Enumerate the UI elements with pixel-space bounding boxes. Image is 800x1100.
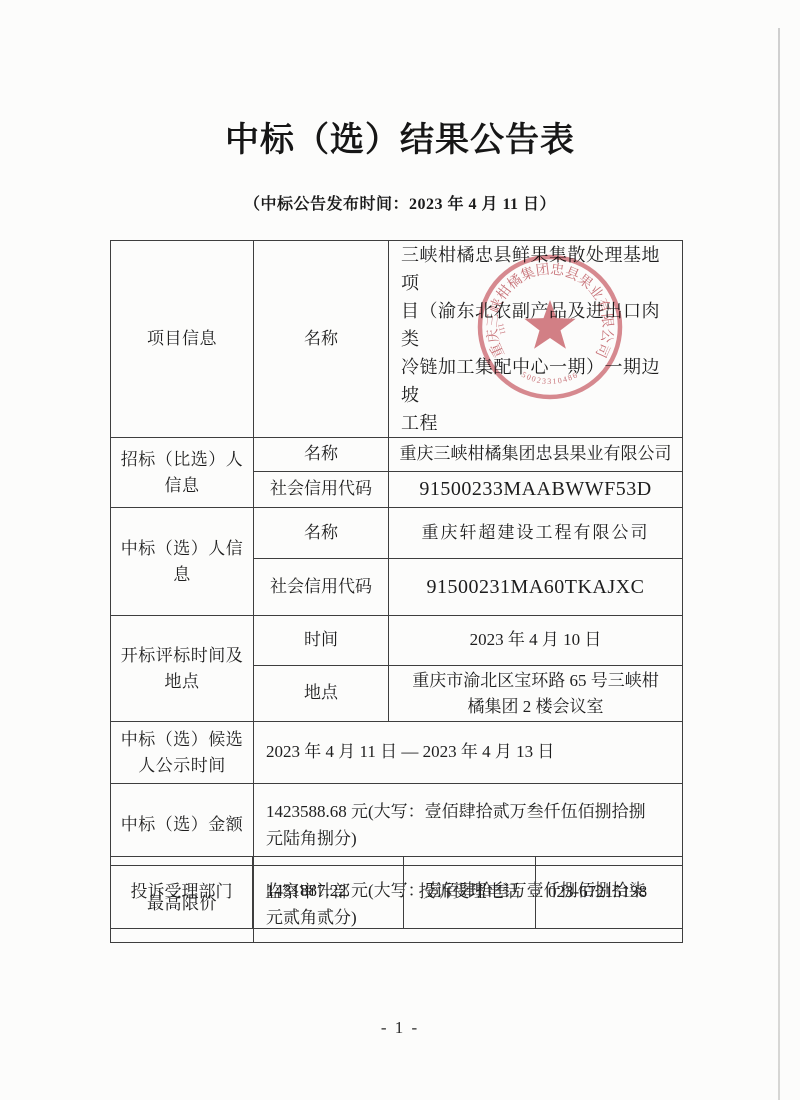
row-publicity: 中标（选）候选 人公示时间 2023 年 4 月 11 日 — 2023 年 4… — [111, 722, 683, 784]
complaint-table: 投诉受理部门 监察审计部 投诉受理电话 023-67215138 — [110, 856, 683, 929]
document-page: 中标（选）结果公告表 （中标公告发布时间：2023 年 4 月 11 日） 项目… — [0, 0, 800, 1100]
publicity-label: 中标（选）候选 人公示时间 — [111, 722, 254, 784]
complaint-phone-label: 投诉受理电话 — [404, 857, 536, 929]
project-name-value: 三峡柑橘忠县鲜果集散处理基地项 目（渝东北农副产品及进出口肉类 冷链加工集配中心… — [389, 241, 683, 438]
complaint-dept-label: 投诉受理部门 — [111, 857, 253, 929]
opening-place-field: 地点 — [254, 666, 389, 722]
page-title: 中标（选）结果公告表 — [0, 112, 800, 161]
tenderer-code-field: 社会信用代码 — [254, 472, 389, 508]
opening-label: 开标评标时间及 地点 — [111, 616, 254, 722]
tenderer-name-field: 名称 — [254, 438, 389, 472]
winner-label: 中标（选）人信 息 — [111, 508, 254, 616]
publicity-value: 2023 年 4 月 11 日 — 2023 年 4 月 13 日 — [254, 722, 683, 784]
amount-label: 中标（选）金额 — [111, 784, 254, 866]
opening-time-value: 2023 年 4 月 10 日 — [389, 616, 683, 666]
opening-place-value: 重庆市渝北区宝环路 65 号三峡柑 橘集团 2 楼会议室 — [389, 666, 683, 722]
publish-time-line: （中标公告发布时间：2023 年 4 月 11 日） — [0, 191, 800, 214]
row-complaint: 投诉受理部门 监察审计部 投诉受理电话 023-67215138 — [111, 857, 683, 929]
tenderer-code-value: 91500233MAABWWF53D — [389, 472, 683, 508]
complaint-phone-value: 023-67215138 — [536, 857, 683, 929]
page-number: - 1 - — [0, 1018, 800, 1038]
row-opening-time: 开标评标时间及 地点 时间 2023 年 4 月 10 日 — [111, 616, 683, 666]
winner-code-field: 社会信用代码 — [254, 559, 389, 616]
row-project: 项目信息 名称 三峡柑橘忠县鲜果集散处理基地项 目（渝东北农副产品及进出口肉类 … — [111, 241, 683, 438]
row-winner-name: 中标（选）人信 息 名称 重庆轩超建设工程有限公司 — [111, 508, 683, 559]
winner-name-field: 名称 — [254, 508, 389, 559]
amount-value: 1423588.68 元(大写：壹佰肆拾贰万叁仟伍佰捌拾捌 元陆角捌分) — [254, 784, 683, 866]
row-tenderer-name: 招标（比选）人 信息 名称 重庆三峡柑橘集团忠县果业有限公司 — [111, 438, 683, 472]
project-label: 项目信息 — [111, 241, 254, 438]
scan-edge-line — [778, 28, 780, 1100]
tenderer-name-value: 重庆三峡柑橘集团忠县果业有限公司 — [389, 438, 683, 472]
opening-time-field: 时间 — [254, 616, 389, 666]
row-amount: 中标（选）金额 1423588.68 元(大写：壹佰肆拾贰万叁仟伍佰捌拾捌 元陆… — [111, 784, 683, 866]
result-table: 项目信息 名称 三峡柑橘忠县鲜果集散处理基地项 目（渝东北农副产品及进出口肉类 … — [110, 240, 683, 943]
project-name-field: 名称 — [254, 241, 389, 438]
winner-name-value: 重庆轩超建设工程有限公司 — [389, 508, 683, 559]
winner-code-value: 91500231MA60TKAJXC — [389, 559, 683, 616]
complaint-dept-value: 监察审计部 — [253, 857, 404, 929]
tenderer-label: 招标（比选）人 信息 — [111, 438, 254, 508]
